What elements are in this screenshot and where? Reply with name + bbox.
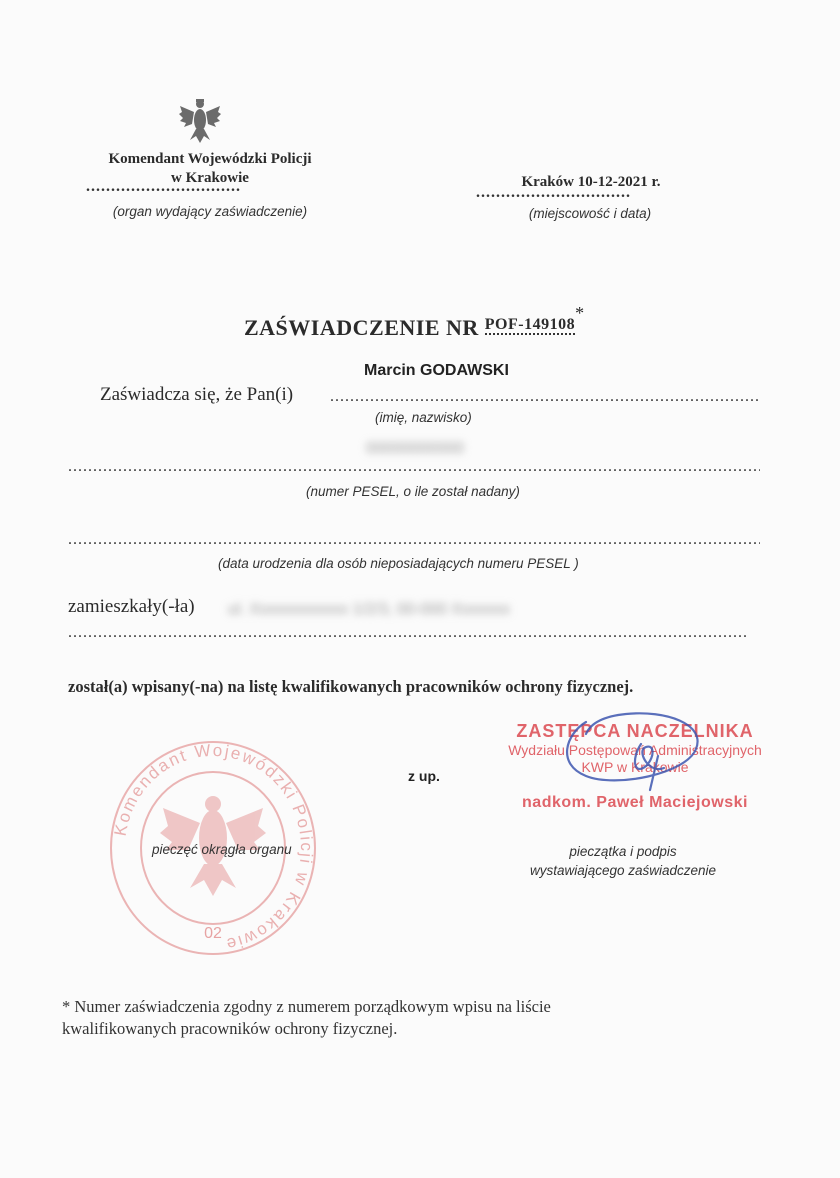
certificate-number: POF-149108 [485, 316, 575, 335]
stamp-officer: nadkom. Paweł Maciejowski [490, 794, 780, 812]
issuer-dotted-line: ............................... [86, 178, 326, 196]
handwritten-signature-icon [546, 704, 716, 794]
dob-caption: (data urodzenia dla osób nieposiadającyc… [218, 556, 579, 571]
pesel-caption: (numer PESEL, o ile został nadany) [306, 484, 520, 499]
svg-text:02: 02 [204, 925, 222, 942]
address-value-redacted: ul. Xxxxxxxxxxxx 1/2/3, 00-000 Xxxxxxx [228, 601, 578, 615]
certify-label: Zaświadcza się, że Pan(i) [100, 384, 293, 406]
qualification-statement: został(a) wpisany(-na) na listę kwalifik… [68, 677, 633, 697]
round-seal-caption: pieczęć okrągła organu [152, 842, 292, 857]
place-date-caption: (miejscowość i data) [470, 206, 710, 221]
title-text: ZAŚWIADCZENIE NR [244, 315, 485, 340]
signature-caption-line-1: pieczątka i podpis [498, 842, 748, 861]
document-title: ZAŚWIADCZENIE NR POF-149108* [244, 315, 585, 341]
footnote: * Numer zaświadczenia zgodny z numerem p… [62, 996, 682, 1040]
title-asterisk: * [575, 303, 585, 323]
address-label: zamieszkały(-ła) [68, 596, 195, 618]
name-caption: (imię, nazwisko) [375, 410, 472, 425]
polish-eagle-emblem-icon [178, 96, 222, 146]
issuer-line-1: Komendant Wojewódzki Policji [80, 150, 340, 169]
name-dotted-line: ........................................… [330, 388, 760, 406]
person-name: Marcin GODAWSKI [364, 362, 509, 380]
address-dotted-line: ........................................… [68, 624, 748, 642]
pesel-dotted-line: ........................................… [68, 458, 760, 476]
footnote-line-1: * Numer zaświadczenia zgodny z numerem p… [62, 996, 682, 1018]
issuer-caption: (organ wydający zaświadczenie) [80, 204, 340, 219]
signature-caption-line-2: wystawiającego zaświadczenie [498, 861, 748, 880]
signature-caption: pieczątka i podpis wystawiającego zaświa… [498, 842, 748, 880]
on-behalf-label: z up. [408, 768, 440, 784]
dob-dotted-line: ........................................… [68, 531, 760, 549]
pesel-value-redacted: 00000000000 [366, 440, 486, 456]
date-dotted-line: ............................... [476, 184, 700, 202]
footnote-line-2: kwalifikowanych pracowników ochrony fizy… [62, 1018, 682, 1040]
